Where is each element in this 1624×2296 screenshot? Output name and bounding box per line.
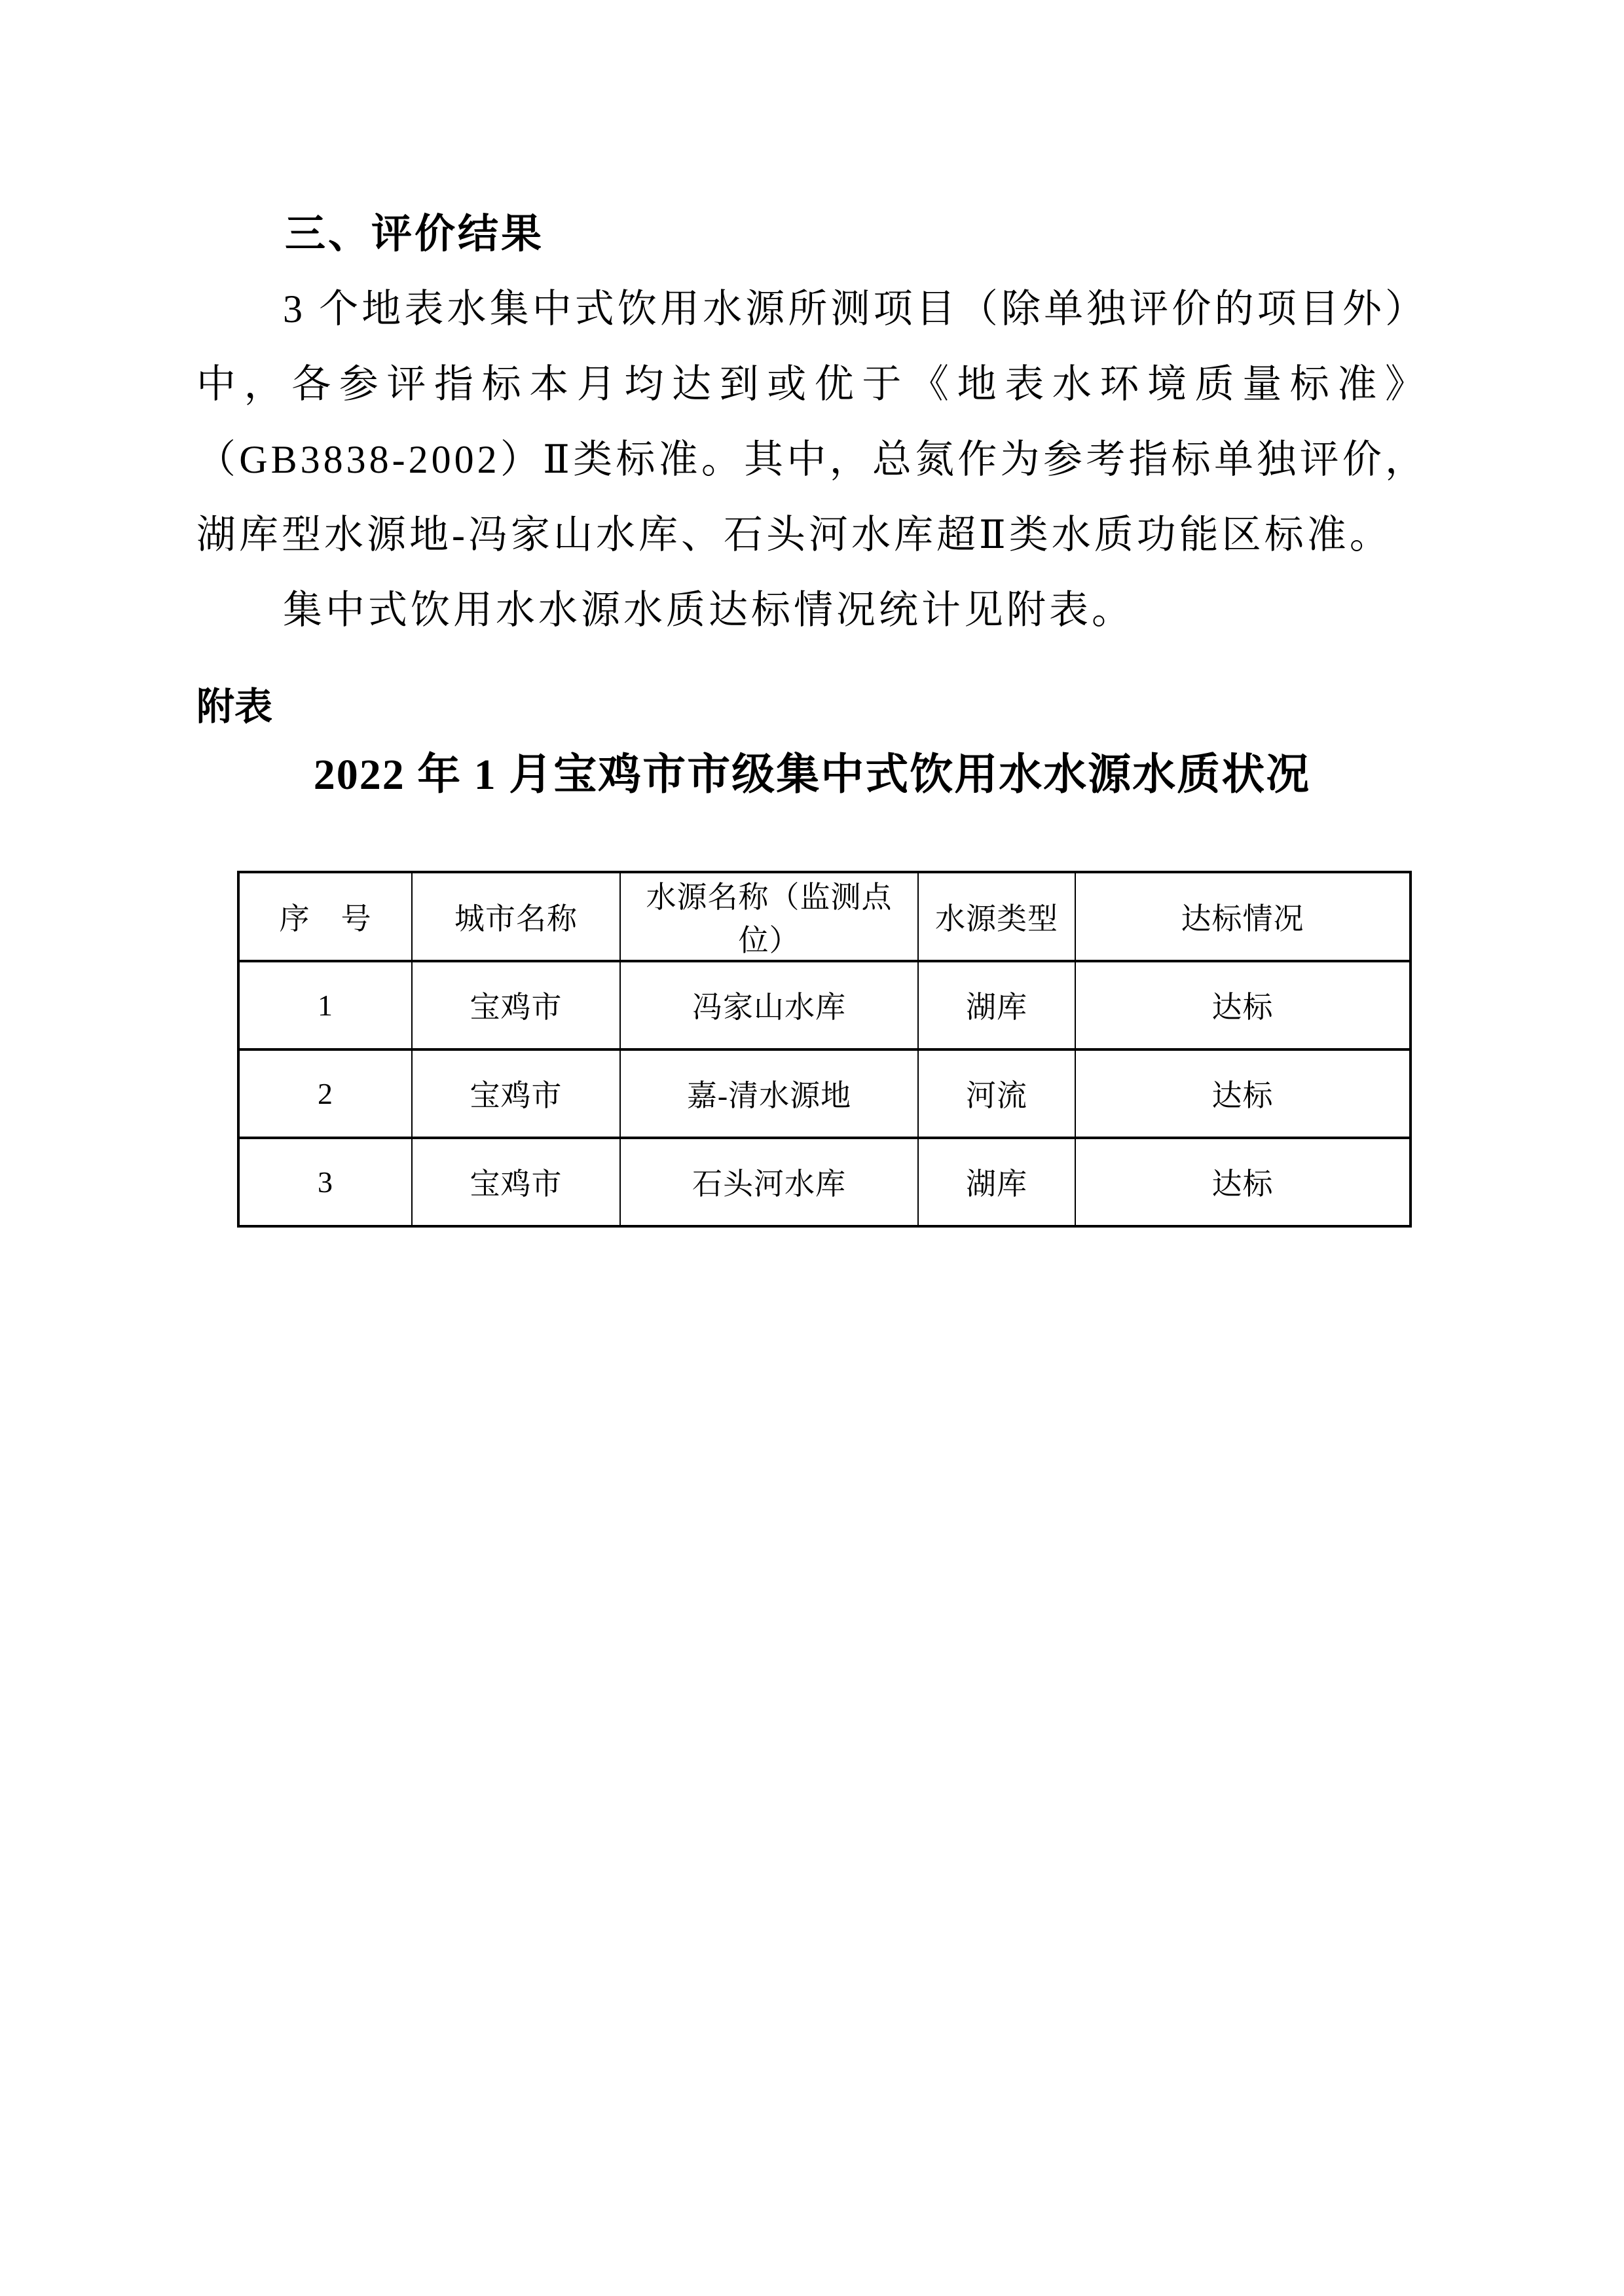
cell-city: 宝鸡市 xyxy=(412,1049,620,1138)
cell-city: 宝鸡市 xyxy=(412,1138,620,1226)
cell-compliance: 达标 xyxy=(1075,961,1411,1049)
col-header-source-name: 水源名称（监测点位） xyxy=(620,872,918,961)
section-heading: 三、评价结果 xyxy=(196,211,1428,257)
table-header: 序 号 城市名称 水源名称（监测点位） 水源类型 达标情况 xyxy=(238,872,1411,961)
cell-source-name: 嘉-清水源地 xyxy=(620,1049,918,1138)
cell-index: 3 xyxy=(238,1138,412,1226)
cell-source-type: 湖库 xyxy=(918,1138,1075,1226)
annex-label: 附表 xyxy=(196,686,1428,728)
cell-compliance: 达标 xyxy=(1075,1049,1411,1138)
cell-source-type: 湖库 xyxy=(918,961,1075,1049)
table-header-row: 序 号 城市名称 水源名称（监测点位） 水源类型 达标情况 xyxy=(238,872,1411,961)
cell-source-name: 石头河水库 xyxy=(620,1138,918,1226)
cell-source-type: 河流 xyxy=(918,1049,1075,1138)
cell-index: 1 xyxy=(238,961,412,1049)
paragraph-see-annex: 集中式饮用水水源水质达标情况统计见附表。 xyxy=(196,573,1428,648)
col-header-city: 城市名称 xyxy=(412,872,620,961)
col-header-index: 序 号 xyxy=(238,872,412,961)
cell-index: 2 xyxy=(238,1049,412,1138)
document-page: 三、评价结果 3 个地表水集中式饮用水源所测项目（除单独评价的项目外）中，各参评… xyxy=(0,0,1624,2296)
table-row: 1 宝鸡市 冯家山水库 湖库 达标 xyxy=(238,961,1411,1049)
cell-city: 宝鸡市 xyxy=(412,961,620,1049)
water-quality-table: 序 号 城市名称 水源名称（监测点位） 水源类型 达标情况 1 宝鸡市 冯家山水… xyxy=(237,871,1412,1228)
paragraph-evaluation-result: 3 个地表水集中式饮用水源所测项目（除单独评价的项目外）中，各参评指标本月均达到… xyxy=(196,272,1428,573)
cell-compliance: 达标 xyxy=(1075,1138,1411,1226)
cell-source-name: 冯家山水库 xyxy=(620,961,918,1049)
document-content: 三、评价结果 3 个地表水集中式饮用水源所测项目（除单独评价的项目外）中，各参评… xyxy=(196,0,1428,1228)
table-row: 3 宝鸡市 石头河水库 湖库 达标 xyxy=(238,1138,1411,1226)
table-title: 2022 年 1 月宝鸡市市级集中式饮用水水源水质状况 xyxy=(196,750,1428,800)
col-header-compliance: 达标情况 xyxy=(1075,872,1411,961)
col-header-source-type: 水源类型 xyxy=(918,872,1075,961)
table-body: 1 宝鸡市 冯家山水库 湖库 达标 2 宝鸡市 嘉-清水源地 河流 达标 3 宝… xyxy=(238,961,1411,1226)
table-row: 2 宝鸡市 嘉-清水源地 河流 达标 xyxy=(238,1049,1411,1138)
